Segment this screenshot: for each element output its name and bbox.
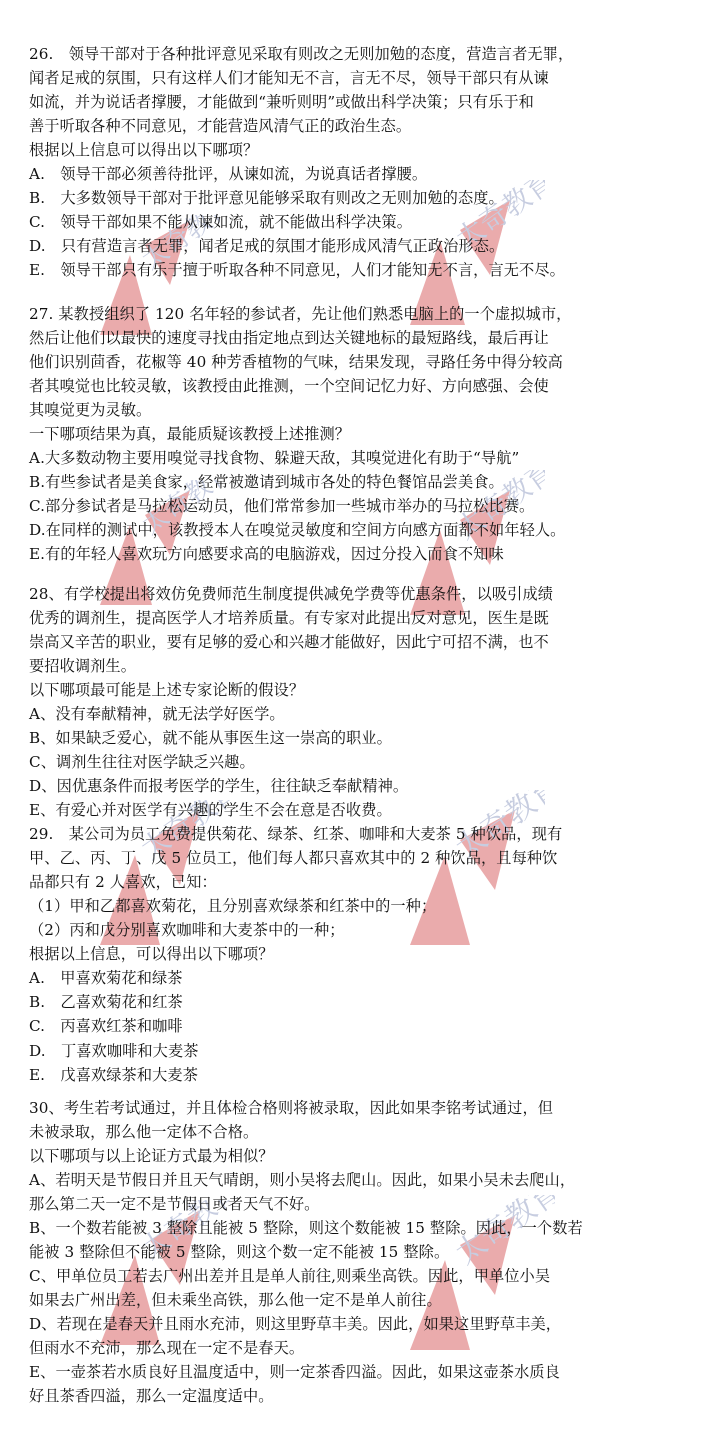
option-e: E、一壶茶若水质良好且温度适中，则一定茶香四溢。因此，如果这壶茶水质良 [29,1362,560,1382]
option-b: B、如果缺乏爱心，就不能从事医生这一崇高的职业。 [29,728,392,748]
question-stem-line: 然后让他们以最快的速度寻找由指定地点到达关键地标的最短路线，最后再让 [29,328,549,348]
option-e: E.有的年轻人喜欢玩方向感要求高的电脑游戏，因过分投入而食不知味 [29,544,504,564]
option-e-cont: 好且茶香四溢，那么一定温度适中。 [29,1386,274,1406]
option-a: A. 甲喜欢菊花和绿茶 [29,968,183,988]
question-stem-line: 者其嗅觉也比较灵敏，该教授由此推测，一个空间记忆力好、方向感强、会使 [29,376,549,396]
question-stem-line: 品都只有 2 人喜欢，已知： [29,872,217,892]
option-a: A. 领导干部必须善待批评，从谏如流，为说真话者撑腰。 [29,164,427,184]
question-stem-line: 甲、乙、丙、丁、戊 5 位员工，他们每人都只喜欢其中的 2 种饮品，且每种饮 [29,848,557,868]
option-b: B、一个数若能被 3 整除且能被 5 整除，则这个数能被 15 整除。因此，一个… [29,1218,583,1238]
question-stem-line: 善于听取各种不同意见，才能营造风清气正的政治生态。 [29,116,411,136]
condition-1: （1）甲和乙都喜欢菊花，且分别喜欢绿茶和红茶中的一种； [29,896,436,916]
question-stem-line: 如流，并为说话者撑腰，才能做到“兼听则明”或做出科学决策；只有乐于和 [29,92,534,112]
option-c: C. 领导干部如果不能从谏如流，就不能做出科学决策。 [29,212,412,232]
option-e: E、有爱心并对医学有兴趣的学生不会在意是否收费。 [29,800,392,820]
question-stem-line: 要招收调剂生。 [29,656,136,676]
question-prompt: 一下哪项结果为真，最能质疑该教授上述推测？ [29,424,350,444]
option-c: C、甲单位员工若去广州出差并且是单人前往,则乘坐高铁。因此，甲单位小吴 [29,1266,550,1286]
option-a-cont: 那么第二天一定不是节假日或者天气不好。 [29,1194,319,1214]
watermark-logo: 太奇教育 [90,215,220,345]
option-d: D. 丁喜欢咖啡和大麦茶 [29,1041,199,1061]
option-a: A.大多数动物主要用嗅觉寻找食物、躲避天敌，其嗅觉进化有助于“导航” [29,448,519,468]
question-prompt: 根据以上信息，可以得出以下哪项？ [29,944,274,964]
option-c-cont: 如果去广州出差，但未乘坐高铁，那么他一定不是单人前往。 [29,1290,442,1310]
question-prompt: 以下哪项最可能是上述专家论断的假设？ [29,680,304,700]
option-e: E. 戊喜欢绿茶和大麦茶 [29,1065,198,1085]
question-stem-line: 崇高又辛苦的职业，要有足够的爱心和兴趣才能做好，因此宁可招不满，也不 [29,632,549,652]
option-b: B. 大多数领导干部对于批评意见能够采取有则改之无则加勉的态度。 [29,188,504,208]
option-b-cont: 能被 3 整除但不能被 5 整除，则这个数一定不能被 15 整除。 [29,1242,449,1262]
question-stem-line: 闻者足戒的氛围，只有这样人们才能知无不言，言无不尽，领导干部只有从谏 [29,68,549,88]
option-a: A、没有奉献精神，就无法学好医学。 [29,704,285,724]
option-c: C. 丙喜欢红茶和咖啡 [29,1016,183,1036]
option-d: D、因优惠条件而报考医学的学生，往往缺乏奉献精神。 [29,776,408,796]
option-a: A、若明天是节假日并且天气晴朗，则小吴将去爬山。因此，如果小吴未去爬山， [29,1170,575,1190]
option-d-cont: 但雨水不充沛，那么现在一定不是春天。 [29,1338,304,1358]
option-d: D、若现在是春天并且雨水充沛，则这里野草丰美。因此，如果这里野草丰美， [29,1314,561,1334]
option-e: E. 领导干部只有乐于擅于听取各种不同意见，人们才能知无不言，言无不尽。 [29,260,565,280]
question-stem-line: 26. 领导干部对于各种批评意见采取有则改之无则加勉的态度，营造言者无罪， [29,44,573,64]
question-stem-line: 27. 某教授组织了 120 名年轻的参试者，先让他们熟悉电脑上的一个虚拟城市， [29,304,571,324]
question-prompt: 根据以上信息可以得出以下哪项？ [29,140,258,160]
option-c: C.部分参试者是马拉松运动员，他们常常参加一些城市举办的马拉松比赛。 [29,496,534,516]
question-stem-line: 他们识别茴香，花椒等 40 种芳香植物的气味，结果发现，寻路任务中得分较高 [29,352,563,372]
question-stem-line: 28、有学校提出将效仿免费师范生制度提供减免学费等优惠条件，以吸引成绩 [29,584,553,604]
question-stem-line: 未被录取，那么他一定体不合格。 [29,1122,258,1142]
option-d: D.在同样的测试中，该教授本人在嗅觉灵敏度和空间方向感方面都不如年轻人。 [29,520,565,540]
option-b: B.有些参试者是美食家，经常被邀请到城市各处的特色餐馆品尝美食。 [29,472,504,492]
question-stem-line: 其嗅觉更为灵敏。 [29,400,151,420]
option-d: D. 只有营造言者无罪，闻者足戒的氛围才能形成风清气正政治形态。 [29,236,504,256]
question-stem-line: 优秀的调剂生，提高医学人才培养质量。有专家对此提出反对意见，医生是既 [29,608,549,628]
question-stem-line: 29. 某公司为员工免费提供菊花、绿茶、红茶、咖啡和大麦茶 5 种饮品，现有 [29,824,562,844]
question-prompt: 以下哪项与以上论证方式最为相似？ [29,1146,274,1166]
condition-2: （2）丙和戊分别喜欢咖啡和大麦茶中的一种； [29,920,345,940]
option-c: C、调剂生往往对医学缺乏兴趣。 [29,752,255,772]
question-stem-line: 30、考生若考试通过，并且体检合格则将被录取，因此如果李铭考试通过，但 [29,1098,553,1118]
watermark-logo: 太奇教育 [395,790,545,950]
option-b: B. 乙喜欢菊花和红茶 [29,992,183,1012]
